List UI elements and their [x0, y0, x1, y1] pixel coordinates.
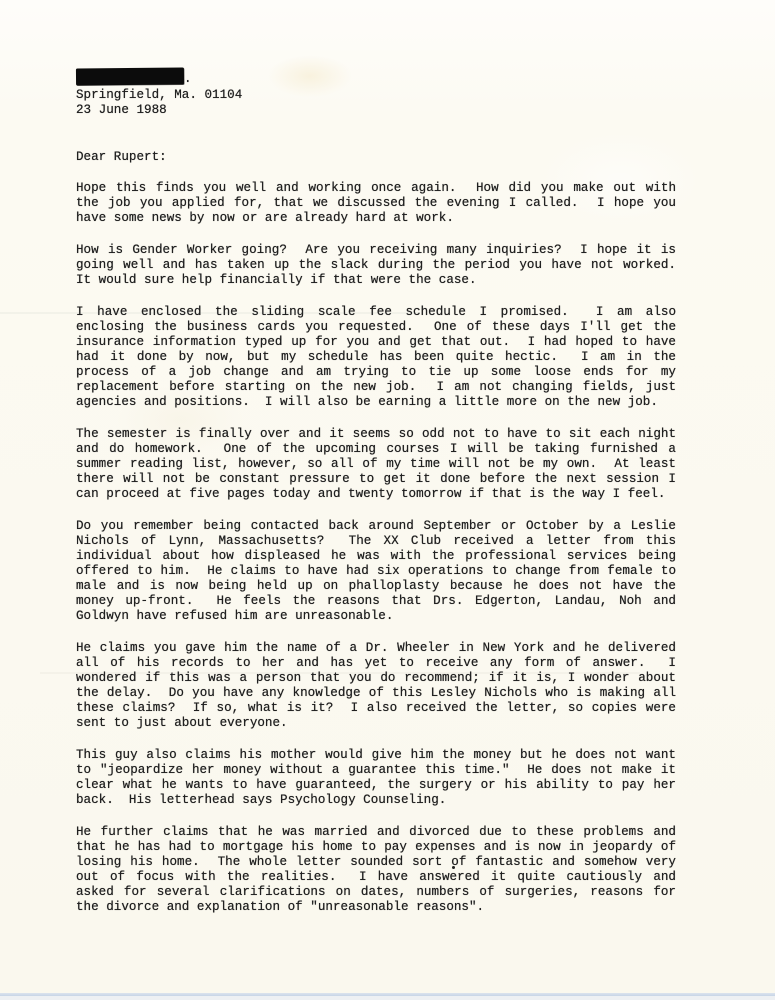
letter-page: . Springfield, Ma. 01104 23 June 1988 De… — [0, 0, 775, 1000]
letter-line: have some news by now or are already har… — [76, 211, 676, 226]
letter-line: individual about how displeased he was w… — [76, 549, 676, 564]
letter-line: all of his records to her and has yet to… — [76, 656, 676, 671]
letter-line: replacement before starting on the new j… — [76, 380, 676, 395]
letter-line: losing his home. The whole letter sounde… — [76, 855, 676, 870]
scan-edge-strip — [0, 993, 775, 1000]
letter-line: How is Gender Worker going? Are you rece… — [76, 243, 676, 258]
letter-line: This guy also claims his mother would gi… — [76, 748, 676, 763]
letter-line: there will not be constant pressure to g… — [76, 472, 676, 487]
letter-line: He further claims that he was married an… — [76, 825, 676, 840]
letter-line: offered to him. He claims to have had si… — [76, 564, 676, 579]
paragraph: He further claims that he was married an… — [76, 825, 676, 915]
letter-line: can proceed at five pages today and twen… — [76, 487, 676, 502]
letter-line: asked for several clarifications on date… — [76, 885, 676, 900]
letter-line: Nichols of Lynn, Massachusetts? The XX C… — [76, 534, 676, 549]
letter-line: had it done by now, but my schedule has … — [76, 350, 676, 365]
letter-line: I have enclosed the sliding scale fee sc… — [76, 305, 676, 320]
letter-line: agencies and positions. I will also be e… — [76, 395, 676, 410]
letter-header: . Springfield, Ma. 01104 23 June 1988 — [76, 68, 242, 118]
paragraph: I have enclosed the sliding scale fee sc… — [76, 305, 676, 410]
letter-line: enclosing the business cards you request… — [76, 320, 676, 335]
paragraph: He claims you gave him the name of a Dr.… — [76, 641, 676, 731]
letter-line: the delay. Do you have any knowledge of … — [76, 686, 676, 701]
letter-line: He claims you gave him the name of a Dr.… — [76, 641, 676, 656]
letter-line: It would sure help financially if that w… — [76, 273, 676, 288]
letter-line: wondered if this was a person that you d… — [76, 671, 676, 686]
letter-line: and do homework. One of the upcoming cou… — [76, 442, 676, 457]
address-city-line: Springfield, Ma. 01104 — [76, 88, 242, 103]
letter-line: insurance information typed up for you a… — [76, 335, 676, 350]
letter-line: money up-front. He feels the reasons tha… — [76, 594, 676, 609]
letter-line: going well and has taken up the slack du… — [76, 258, 676, 273]
paragraph: Do you remember being contacted back aro… — [76, 519, 676, 624]
stray-typo-dot — [452, 866, 455, 869]
letter-line: the job you applied for, that we discuss… — [76, 196, 676, 211]
redaction-bar — [76, 68, 184, 86]
letter-line: Goldwyn have refused him are unreasonabl… — [76, 609, 676, 624]
letter-line: to "jeopardize her money without a guara… — [76, 763, 676, 778]
letter-line: the divorce and explanation of "unreason… — [76, 900, 676, 915]
letter-line: that he has had to mortgage his home to … — [76, 840, 676, 855]
scan-edge-line — [0, 993, 775, 996]
date-line: 23 June 1988 — [76, 103, 242, 118]
letter-body: Hope this finds you well and working onc… — [76, 181, 676, 932]
letter-line: The semester is finally over and it seem… — [76, 427, 676, 442]
redaction-trailing-period: . — [184, 72, 192, 86]
letter-line: Hope this finds you well and working onc… — [76, 181, 676, 196]
letter-line: Do you remember being contacted back aro… — [76, 519, 676, 534]
paragraph: The semester is finally over and it seem… — [76, 427, 676, 502]
letter-line: back. His letterhead says Psychology Cou… — [76, 793, 676, 808]
letter-line: male and is now being held up on phallop… — [76, 579, 676, 594]
letter-line: summer reading list, however, so all of … — [76, 457, 676, 472]
paragraph: How is Gender Worker going? Are you rece… — [76, 243, 676, 288]
letter-line: clear what he wants to have guaranteed, … — [76, 778, 676, 793]
letter-line: out of focus with the realities. I have … — [76, 870, 676, 885]
letter-line: these claims? If so, what is it? I also … — [76, 701, 676, 716]
letter-line: process of a job change and am trying to… — [76, 365, 676, 380]
salutation: Dear Rupert: — [76, 150, 167, 165]
letter-line: sent to just about everyone. — [76, 716, 676, 731]
paragraph: This guy also claims his mother would gi… — [76, 748, 676, 808]
redacted-name-row: . — [76, 68, 242, 88]
paragraph: Hope this finds you well and working onc… — [76, 181, 676, 226]
